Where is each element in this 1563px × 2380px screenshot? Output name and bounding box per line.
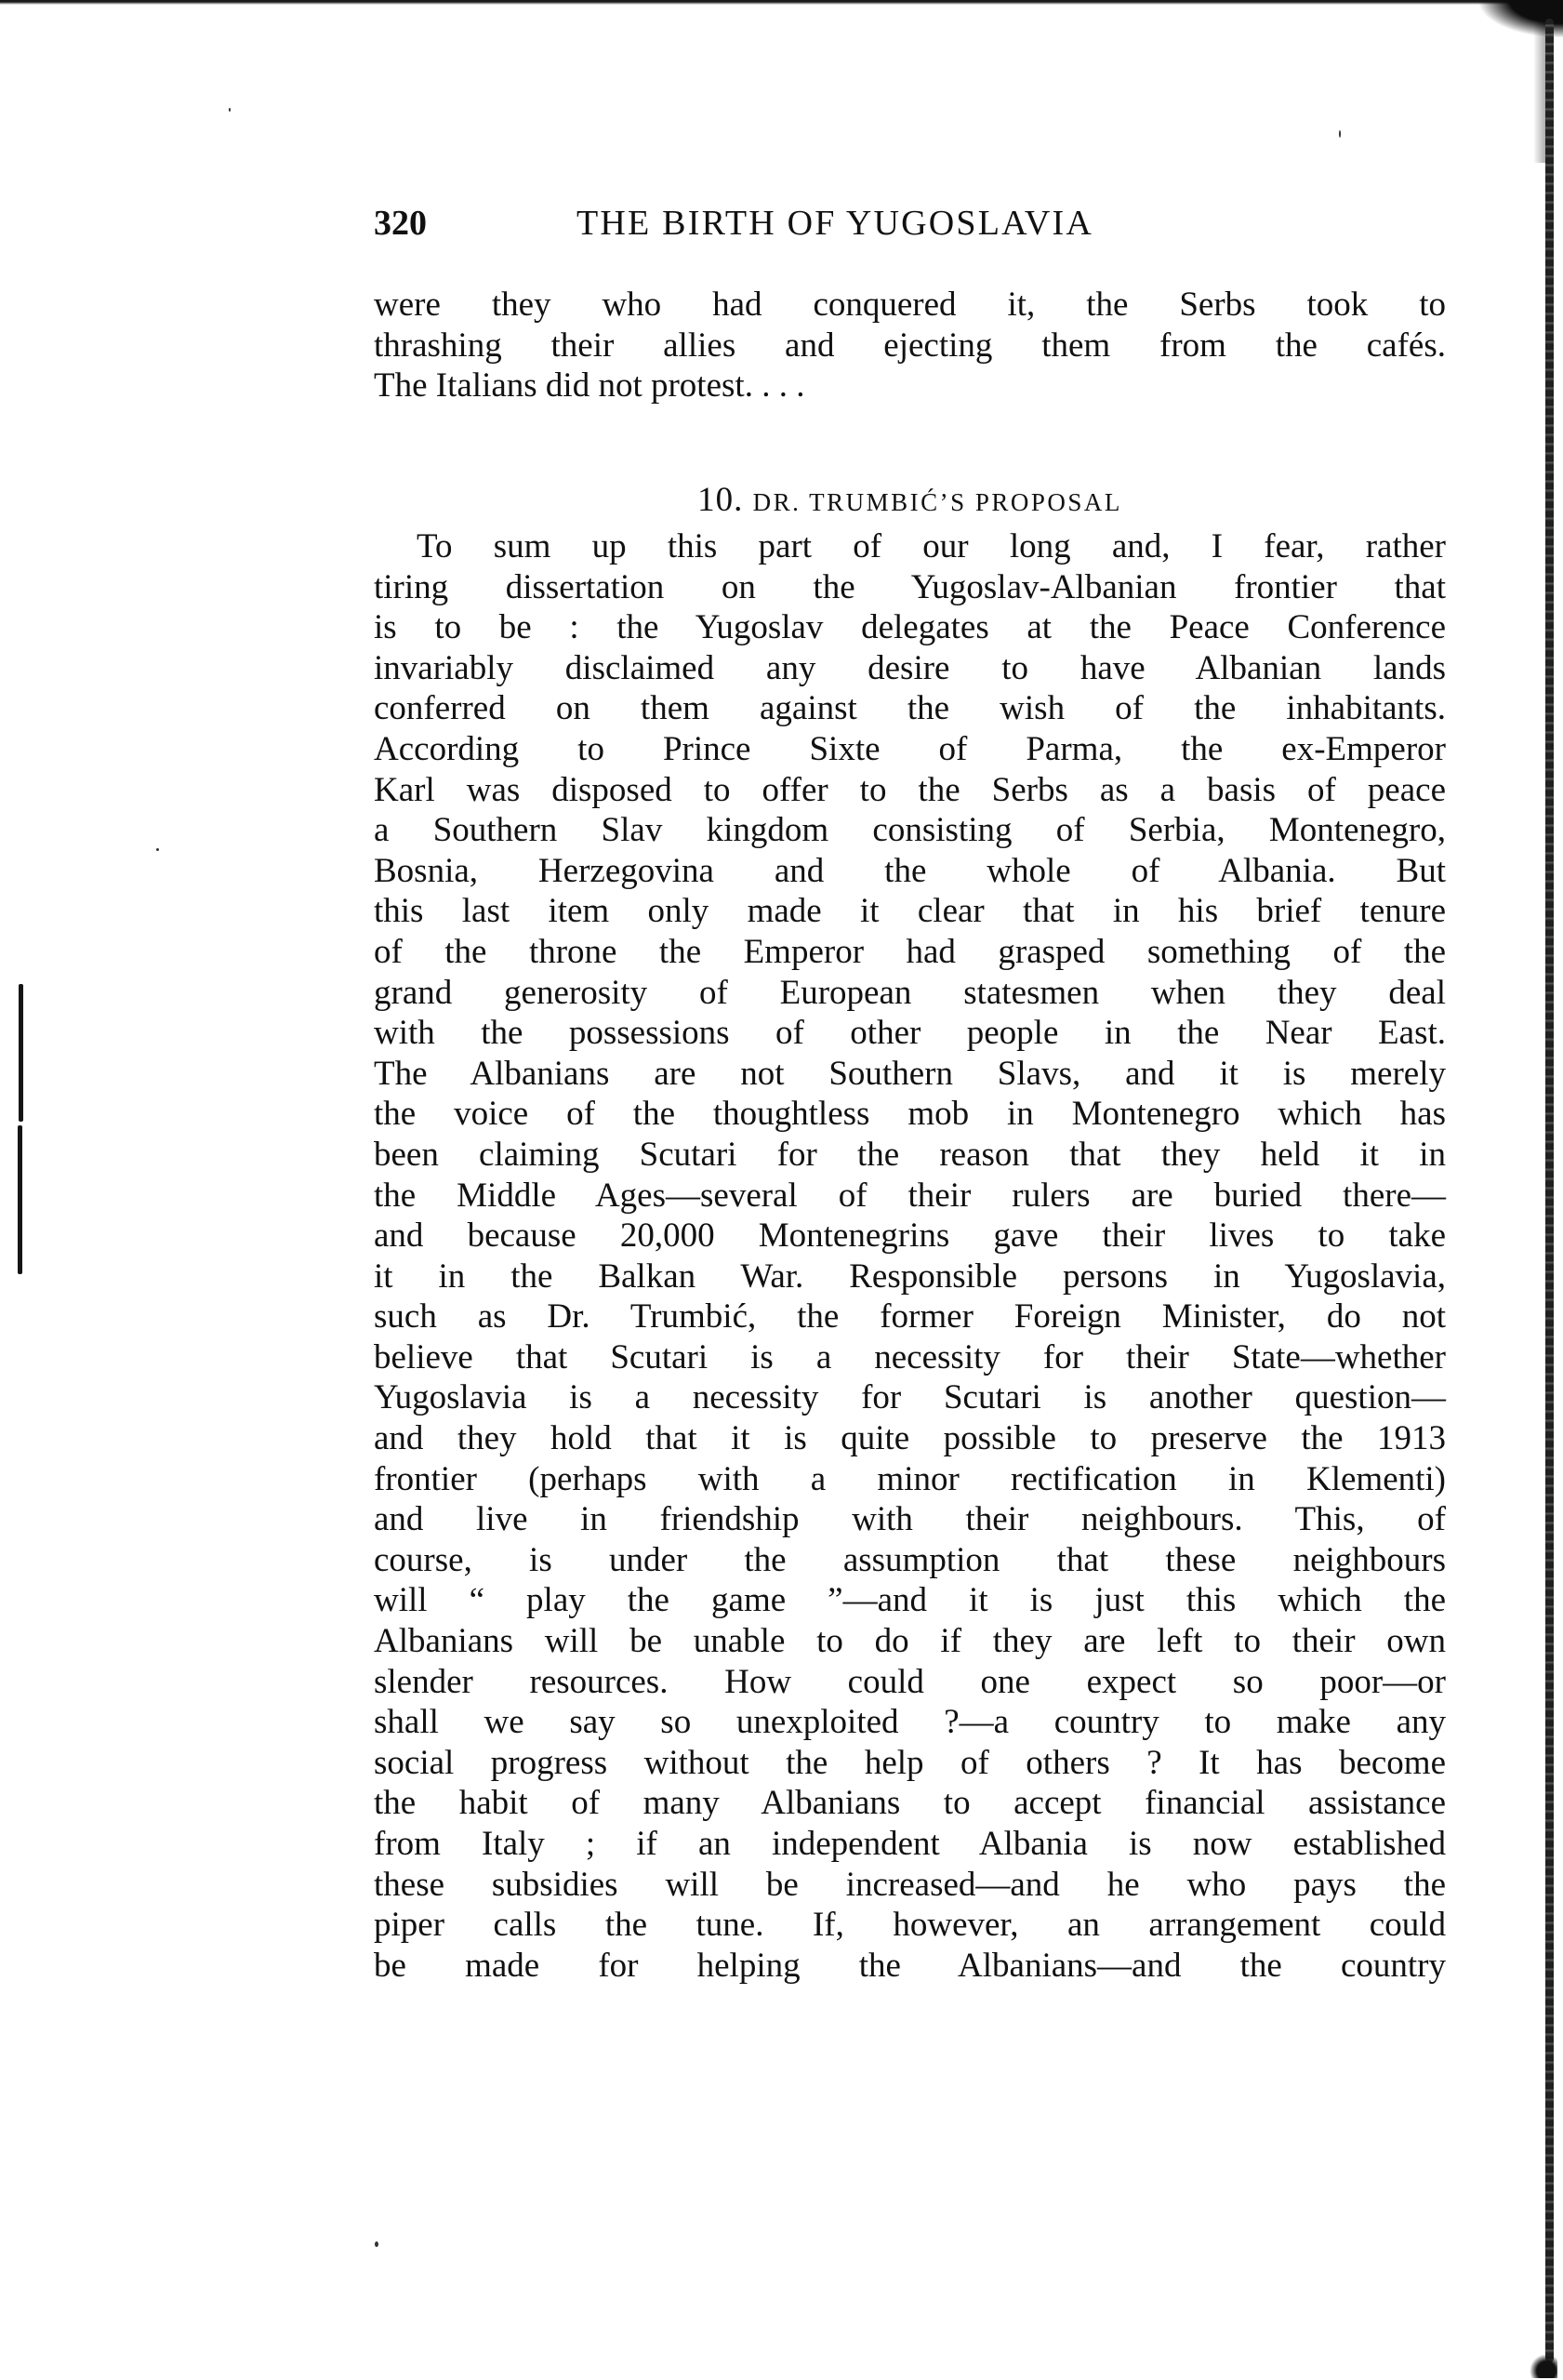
running-title: THE BIRTH OF YUGOSLAVIA	[576, 203, 1093, 244]
main-paragraph: To sum up this part of our long and, I f…	[374, 526, 1446, 1986]
text-line: the voice of the thoughtless mob in Mont…	[374, 1094, 1446, 1135]
text-line: a Southern Slav kingdom consisting of Se…	[374, 810, 1446, 851]
text-line: frontier (perhaps with a minor rectifica…	[374, 1459, 1446, 1500]
text-line: The Albanians are not Southern Slavs, an…	[374, 1054, 1446, 1095]
text-line: will “ play the game ”—and it is just th…	[374, 1580, 1446, 1621]
text-line: it in the Balkan War. Responsible person…	[374, 1256, 1446, 1297]
text-line: Yugoslavia is a necessity for Scutari is…	[374, 1377, 1446, 1418]
text-line: Albanians will be unable to do if they a…	[374, 1621, 1446, 1662]
text-line: tiring dissertation on the Yugoslav-Alba…	[374, 567, 1446, 608]
text-line: social progress without the help of othe…	[374, 1743, 1446, 1784]
text-line: be made for helping the Albanians—and th…	[374, 1946, 1446, 1987]
page-edge-shadow	[1533, 23, 1546, 163]
margin-mark	[18, 1125, 22, 1274]
text-line: grand generosity of European statesmen w…	[374, 973, 1446, 1014]
speck	[375, 2241, 378, 2247]
text-line: been claiming Scutari for the reason tha…	[374, 1135, 1446, 1176]
running-header: 320 THE BIRTH OF YUGOSLAVIA	[374, 203, 1452, 259]
text-line: Karl was disposed to offer to the Serbs …	[374, 770, 1446, 811]
section-number: 10.	[697, 481, 743, 519]
text-line: the Middle Ages—several of their rulers …	[374, 1176, 1446, 1217]
text-line: believe that Scutari is a necessity for …	[374, 1337, 1446, 1378]
text-line: the habit of many Albanians to accept fi…	[374, 1783, 1446, 1824]
text-line: and they hold that it is quite possible …	[374, 1418, 1446, 1459]
page-edge-top	[0, 0, 1563, 5]
section-title: DR. TRUMBIĆ’S PROPOSAL	[753, 488, 1122, 516]
text-line: thrashing their allies and ejecting them…	[374, 326, 1446, 366]
text-line: conferred on them against the wish of th…	[374, 688, 1446, 729]
text-line: from Italy ; if an independent Albania i…	[374, 1824, 1446, 1865]
text-line: these subsidies will be increased—and he…	[374, 1865, 1446, 1906]
text-line: such as Dr. Trumbić, the former Foreign …	[374, 1296, 1446, 1337]
page-number: 320	[374, 203, 427, 244]
section-heading: 10. DR. TRUMBIĆ’S PROPOSAL	[374, 480, 1446, 520]
text-line: According to Prince Sixte of Parma, the …	[374, 729, 1446, 770]
text-line: shall we say so unexploited ?—a country …	[374, 1702, 1446, 1743]
ink-blot	[1530, 2354, 1557, 2378]
text-line: this last item only made it clear that i…	[374, 891, 1446, 932]
text-line: To sum up this part of our long and, I f…	[374, 526, 1446, 567]
speck	[156, 848, 159, 851]
text-line: were they who had conquered it, the Serb…	[374, 285, 1446, 326]
text-line: invariably disclaimed any desire to have…	[374, 648, 1446, 689]
page-edge-right	[1545, 19, 1554, 2362]
speck	[229, 108, 231, 112]
speck	[1339, 130, 1341, 138]
text-line: with the possessions of other people in …	[374, 1013, 1446, 1054]
text-line: The Italians did not protest. . . .	[374, 366, 1446, 406]
text-line: Bosnia, Herzegovina and the whole of Alb…	[374, 851, 1446, 892]
text-line: and because 20,000 Montenegrins gave the…	[374, 1216, 1446, 1256]
text-line: piper calls the tune. If, however, an ar…	[374, 1905, 1446, 1946]
text-line: is to be : the Yugoslav delegates at the…	[374, 607, 1446, 648]
margin-mark	[19, 984, 23, 1122]
text-line: course, is under the assumption that the…	[374, 1540, 1446, 1581]
continuation-paragraph: were they who had conquered it, the Serb…	[374, 285, 1446, 406]
text-line: of the throne the Emperor had grasped so…	[374, 932, 1446, 973]
text-line: slender resources. How could one expect …	[374, 1662, 1446, 1703]
text-line: and live in friendship with their neighb…	[374, 1499, 1446, 1540]
